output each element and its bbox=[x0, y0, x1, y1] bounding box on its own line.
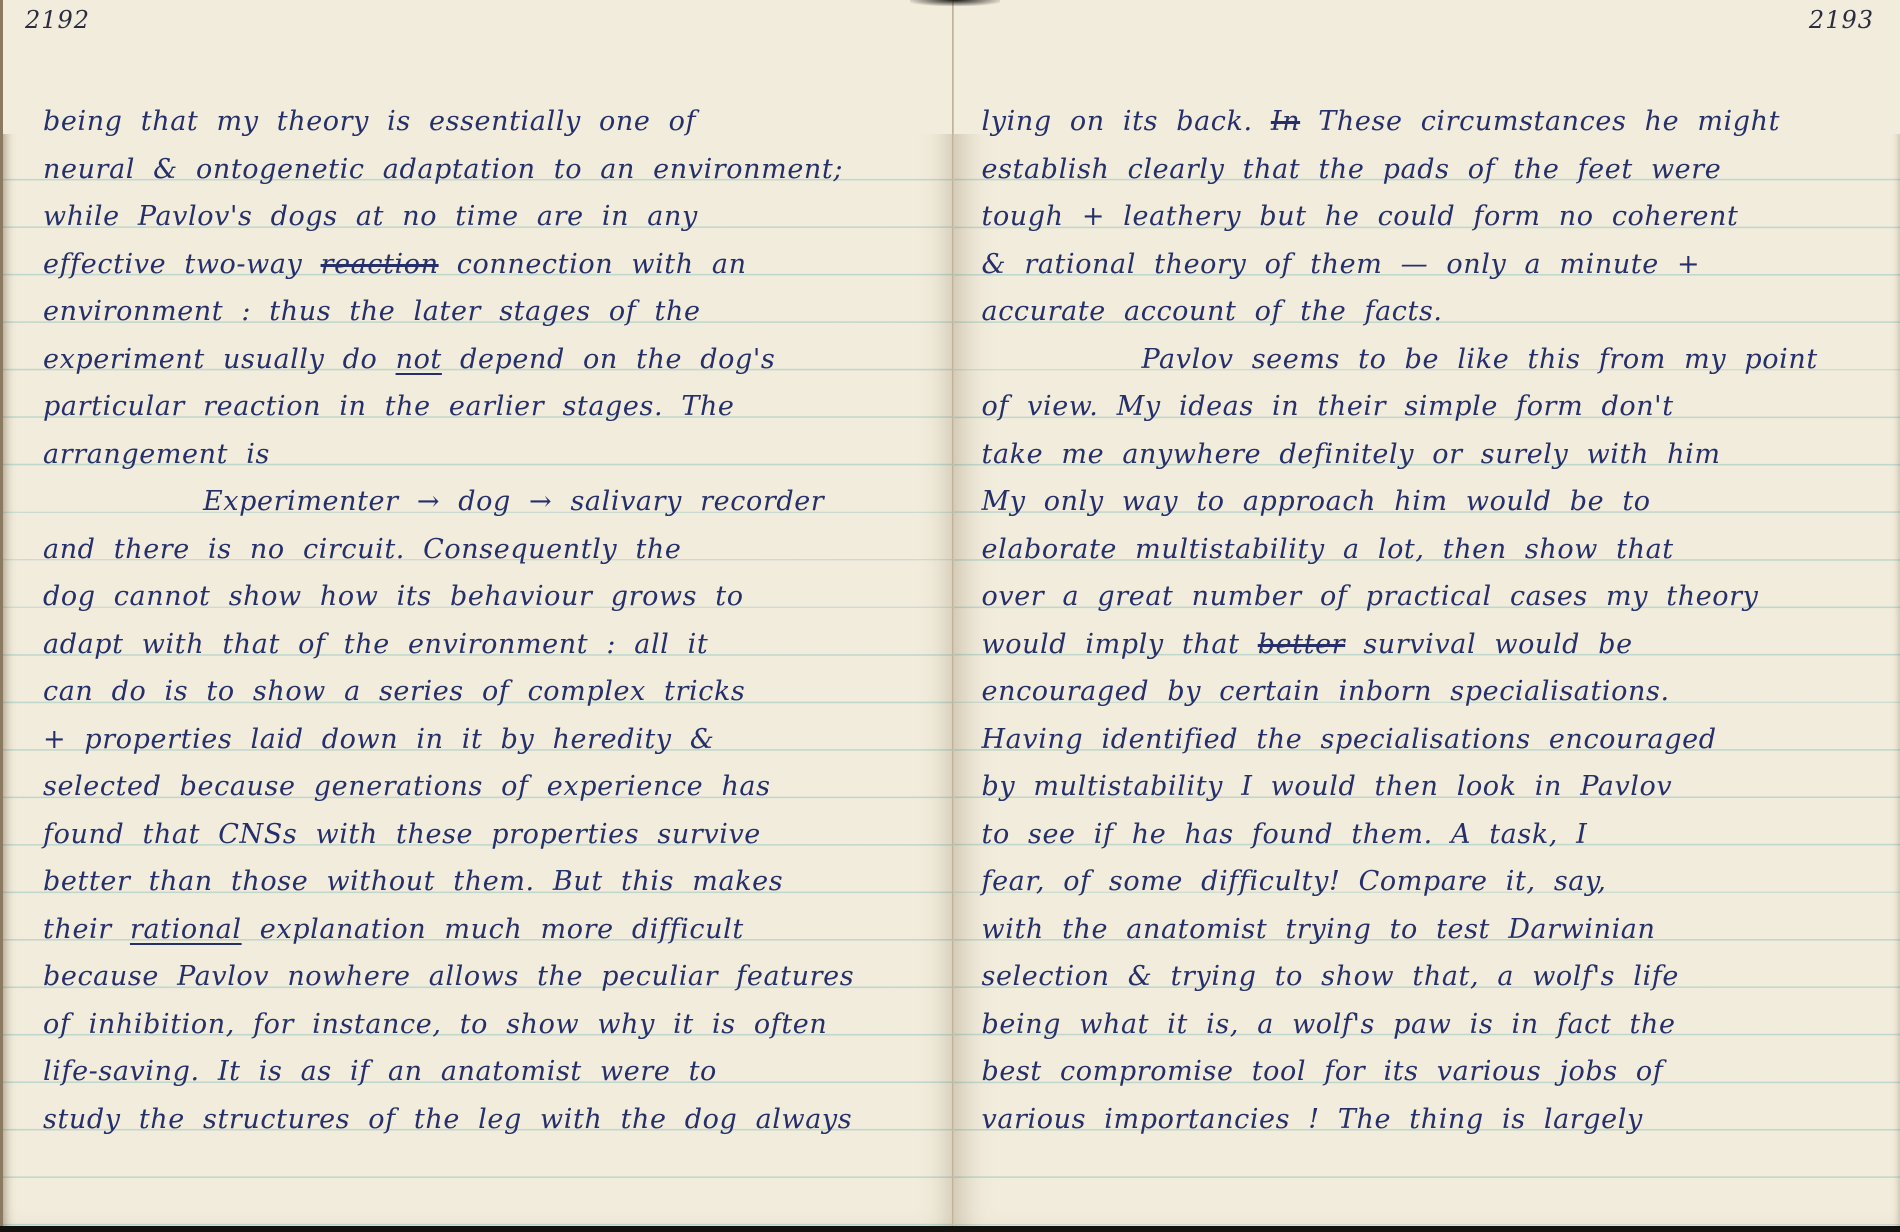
handwritten-line: best compromise tool for its various job… bbox=[982, 1048, 1882, 1096]
handwritten-line: tough + leathery but he could form no co… bbox=[982, 193, 1882, 241]
handwritten-line: better than those without them. But this… bbox=[43, 858, 923, 906]
right-page-text: lying on its back. In These circumstance… bbox=[982, 98, 1882, 1143]
handwritten-line: because Pavlov nowhere allows the peculi… bbox=[43, 953, 923, 1001]
text-segment: dog cannot show how its behaviour grows … bbox=[43, 581, 744, 612]
handwritten-line: effective two-way reaction connection wi… bbox=[43, 241, 923, 289]
notebook-spine bbox=[952, 0, 954, 1228]
left-page: 2192 being that my theory is essentially… bbox=[0, 0, 954, 1228]
text-segment: encouraged by certain inborn specialisat… bbox=[982, 676, 1670, 707]
text-segment: while Pavlov's dogs at no time are in an… bbox=[43, 201, 698, 232]
text-segment: selection & trying to show that, a wolf'… bbox=[982, 961, 1679, 992]
handwritten-line: fear, of some difficulty! Compare it, sa… bbox=[982, 858, 1882, 906]
text-segment: their bbox=[43, 914, 130, 945]
text-segment: selected because generations of experien… bbox=[43, 771, 771, 802]
text-segment: being that my theory is essentially one … bbox=[43, 106, 696, 137]
handwritten-line: particular reaction in the earlier stage… bbox=[43, 383, 923, 431]
text-segment: of inhibition, for instance, to show why… bbox=[43, 1009, 827, 1040]
text-segment: can do is to show a series of complex tr… bbox=[43, 676, 745, 707]
handwritten-line: establish clearly that the pads of the f… bbox=[982, 146, 1882, 194]
struck-out-word: In bbox=[1271, 106, 1300, 137]
handwritten-line: Having identified the specialisations en… bbox=[982, 716, 1882, 764]
handwritten-line: environment : thus the later stages of t… bbox=[43, 288, 923, 336]
text-segment: explanation much more difficult bbox=[242, 914, 744, 945]
page-bottom-edge bbox=[0, 1226, 1900, 1232]
right-page: 2193 lying on its back. In These circums… bbox=[954, 0, 1900, 1228]
underlined-word: not bbox=[396, 344, 442, 375]
handwritten-line: elaborate multistability a lot, then sho… bbox=[982, 526, 1882, 574]
text-segment: because Pavlov nowhere allows the peculi… bbox=[43, 961, 854, 992]
text-segment: establish clearly that the pads of the f… bbox=[982, 154, 1722, 185]
handwritten-line: study the structures of the leg with the… bbox=[43, 1096, 923, 1144]
text-segment: to see if he has found them. A task, I bbox=[982, 819, 1588, 850]
text-segment: Experimenter → dog → salivary recorder bbox=[203, 486, 824, 517]
text-segment: would imply that bbox=[982, 629, 1258, 660]
text-segment: survival would be bbox=[1345, 629, 1633, 660]
text-segment: connection with an bbox=[439, 249, 747, 280]
text-segment: & rational theory of them — only a minut… bbox=[982, 249, 1701, 280]
text-segment: environment : thus the later stages of t… bbox=[43, 296, 701, 327]
text-segment: of view. My ideas in their simple form d… bbox=[982, 391, 1674, 422]
text-segment: experiment usually do bbox=[43, 344, 396, 375]
page-number-left: 2192 bbox=[25, 6, 90, 34]
text-segment: neural & ontogenetic adaptation to an en… bbox=[43, 154, 843, 185]
handwritten-line: Experimenter → dog → salivary recorder bbox=[43, 478, 923, 526]
handwritten-line: selected because generations of experien… bbox=[43, 763, 923, 811]
text-segment: various importancies ! The thing is larg… bbox=[982, 1104, 1643, 1135]
handwritten-line: while Pavlov's dogs at no time are in an… bbox=[43, 193, 923, 241]
handwritten-line: by multistability I would then look in P… bbox=[982, 763, 1882, 811]
text-segment: study the structures of the leg with the… bbox=[43, 1104, 852, 1135]
handwritten-line: being that my theory is essentially one … bbox=[43, 98, 923, 146]
spine-top-shadow bbox=[910, 0, 1000, 6]
text-segment: over a great number of practical cases m… bbox=[982, 581, 1759, 612]
text-segment: best compromise tool for its various job… bbox=[982, 1056, 1664, 1087]
text-segment: Pavlov seems to be like this from my poi… bbox=[1142, 344, 1818, 375]
handwritten-line: various importancies ! The thing is larg… bbox=[982, 1096, 1882, 1144]
handwritten-line: + properties laid down in it by heredity… bbox=[43, 716, 923, 764]
handwritten-line: over a great number of practical cases m… bbox=[982, 573, 1882, 621]
text-segment: tough + leathery but he could form no co… bbox=[982, 201, 1739, 232]
handwritten-line: encouraged by certain inborn specialisat… bbox=[982, 668, 1882, 716]
handwritten-line: their rational explanation much more dif… bbox=[43, 906, 923, 954]
text-segment: take me anywhere definitely or surely wi… bbox=[982, 439, 1721, 470]
handwritten-line: take me anywhere definitely or surely wi… bbox=[982, 431, 1882, 479]
text-segment: and there is no circuit. Consequently th… bbox=[43, 534, 681, 565]
text-segment: with the anatomist trying to test Darwin… bbox=[982, 914, 1656, 945]
handwritten-line: experiment usually do not depend on the … bbox=[43, 336, 923, 384]
left-page-text: being that my theory is essentially one … bbox=[43, 98, 923, 1143]
handwritten-line: dog cannot show how its behaviour grows … bbox=[43, 573, 923, 621]
handwritten-line: of inhibition, for instance, to show why… bbox=[43, 1001, 923, 1049]
text-segment: elaborate multistability a lot, then sho… bbox=[982, 534, 1674, 565]
text-segment: fear, of some difficulty! Compare it, sa… bbox=[982, 866, 1607, 897]
handwritten-line: and there is no circuit. Consequently th… bbox=[43, 526, 923, 574]
text-segment: + properties laid down in it by heredity… bbox=[43, 724, 714, 755]
struck-out-word: better bbox=[1258, 629, 1345, 660]
handwritten-line: lying on its back. In These circumstance… bbox=[982, 98, 1882, 146]
handwritten-line: accurate account of the facts. bbox=[982, 288, 1882, 336]
text-segment: These circumstances he might bbox=[1300, 106, 1780, 137]
page-number-right: 2193 bbox=[1809, 6, 1874, 34]
handwritten-line: being what it is, a wolf's paw is in fac… bbox=[982, 1001, 1882, 1049]
struck-out-word: reaction bbox=[321, 249, 439, 280]
handwritten-line: My only way to approach him would be to bbox=[982, 478, 1882, 526]
handwritten-line: would imply that better survival would b… bbox=[982, 621, 1882, 669]
notebook-spread: 2192 being that my theory is essentially… bbox=[0, 0, 1900, 1228]
text-segment: being what it is, a wolf's paw is in fac… bbox=[982, 1009, 1676, 1040]
handwritten-line: selection & trying to show that, a wolf'… bbox=[982, 953, 1882, 1001]
handwritten-line: adapt with that of the environment : all… bbox=[43, 621, 923, 669]
handwritten-line: can do is to show a series of complex tr… bbox=[43, 668, 923, 716]
underlined-word: rational bbox=[130, 914, 242, 945]
text-segment: arrangement is bbox=[43, 439, 270, 470]
text-segment: adapt with that of the environment : all… bbox=[43, 629, 708, 660]
handwritten-line: of view. My ideas in their simple form d… bbox=[982, 383, 1882, 431]
text-segment: My only way to approach him would be to bbox=[982, 486, 1651, 517]
handwritten-line: found that CNSs with these properties su… bbox=[43, 811, 923, 859]
text-segment: effective two-way bbox=[43, 249, 321, 280]
handwritten-line: neural & ontogenetic adaptation to an en… bbox=[43, 146, 923, 194]
handwritten-line: life-saving. It is as if an anatomist we… bbox=[43, 1048, 923, 1096]
text-segment: particular reaction in the earlier stage… bbox=[43, 391, 735, 422]
text-segment: lying on its back. bbox=[982, 106, 1271, 137]
text-segment: depend on the dog's bbox=[442, 344, 776, 375]
text-segment: life-saving. It is as if an anatomist we… bbox=[43, 1056, 717, 1087]
handwritten-line: arrangement is bbox=[43, 431, 923, 479]
text-segment: Having identified the specialisations en… bbox=[982, 724, 1717, 755]
handwritten-line: with the anatomist trying to test Darwin… bbox=[982, 906, 1882, 954]
handwritten-line: & rational theory of them — only a minut… bbox=[982, 241, 1882, 289]
handwritten-line: Pavlov seems to be like this from my poi… bbox=[982, 336, 1882, 384]
handwritten-line: to see if he has found them. A task, I bbox=[982, 811, 1882, 859]
text-segment: accurate account of the facts. bbox=[982, 296, 1443, 327]
text-segment: by multistability I would then look in P… bbox=[982, 771, 1673, 802]
text-segment: better than those without them. But this… bbox=[43, 866, 783, 897]
text-segment: found that CNSs with these properties su… bbox=[43, 819, 761, 850]
